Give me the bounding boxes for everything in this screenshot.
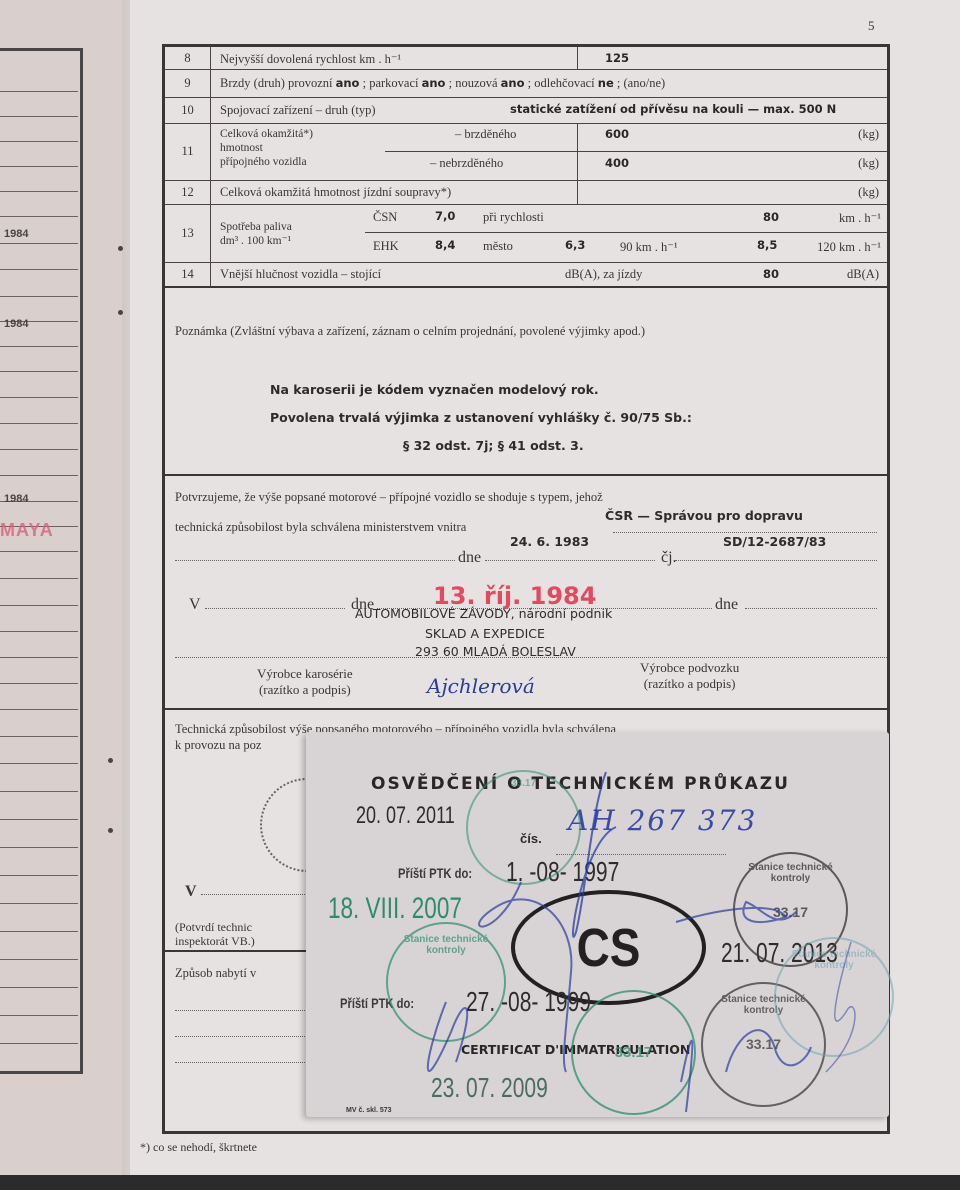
date-label: dne — [715, 596, 738, 614]
confirmation-text: technická způsobilost byla schválena min… — [175, 520, 466, 535]
chassis-maker-label: Výrobce podvozku — [640, 660, 739, 675]
manufacturer-stamp: AUTOMOBILOVÉ ZÁVODY, národní podnik — [355, 606, 612, 621]
previous-page-year: 1984 — [4, 493, 28, 505]
unit-label: (kg) — [858, 185, 879, 200]
signature: Ajchlerová — [427, 674, 535, 698]
note-section: Poznámka (Zvláštní výbava a zařízení, zá… — [165, 286, 887, 476]
brake-parking-value: ano — [422, 76, 446, 90]
date-label: dne — [458, 549, 481, 567]
row-label: Celková okamžitá hmotnost jízdní souprav… — [220, 185, 451, 200]
row-number: 12 — [165, 180, 211, 204]
approval-text: k provozu na poz — [175, 738, 261, 753]
row-brakes: 9 Brzdy (druh) provozní ano ; parkovací … — [165, 69, 887, 98]
note-line: Na karoserii je kódem vyznačen modelový … — [270, 382, 599, 397]
unit-label: dB(A) — [847, 267, 879, 282]
brake-legend: ; (ano/ne) — [617, 76, 665, 90]
v90-value: 6,3 — [565, 238, 585, 252]
row-fuel-consumption: 13 Spotřeba paliva dm³ . 100 km⁻¹ ČSN 7,… — [165, 204, 887, 263]
place-label: V — [185, 883, 197, 901]
note-line: § 32 odst. 7j; § 41 odst. 3. — [403, 438, 584, 453]
ehk-value: 8,4 — [435, 238, 455, 252]
speed-unit: km . h⁻¹ — [839, 210, 881, 226]
row-label: dm³ . 100 km⁻¹ — [220, 235, 291, 247]
unbraked-label: – nebrzděného — [430, 156, 503, 171]
note-line: Povolena trvalá výjimka z ustanovení vyh… — [270, 410, 692, 425]
unbraked-mass-value: 400 — [605, 156, 629, 170]
v90-unit: 90 km . h⁻¹ — [620, 239, 678, 255]
row-number: 9 — [165, 69, 211, 97]
brake-parking-label: ; parkovací — [363, 76, 419, 90]
previous-page-table — [0, 48, 83, 1074]
ref-label: čj. — [661, 549, 677, 567]
brake-retarder-value: ne — [598, 76, 614, 90]
unit-label: (kg) — [858, 156, 879, 171]
authority-value: ČSR — Správou pro dopravu — [605, 508, 803, 523]
page-number: 5 — [868, 18, 875, 34]
previous-page-year: 1984 — [4, 228, 28, 240]
csn-label: ČSN — [373, 210, 397, 225]
speed-label: při rychlosti — [483, 210, 544, 225]
note-label: Poznámka (Zvláštní výbava a zařízení, zá… — [175, 324, 645, 339]
row-number: 14 — [165, 262, 211, 286]
row-number: 8 — [165, 47, 211, 69]
ehk-label: EHK — [373, 239, 399, 254]
csn-value: 7,0 — [435, 209, 455, 223]
braked-label: – brzděného — [455, 127, 516, 142]
v120-value: 8,5 — [757, 238, 777, 252]
row-label: Vnější hlučnost vozidla – stojící — [220, 267, 381, 282]
braked-mass-value: 600 — [605, 127, 629, 141]
staple-icon — [118, 246, 123, 251]
signature-scribbles — [306, 732, 889, 1117]
row-label: hmotnost — [220, 142, 263, 154]
max-speed-value: 125 — [605, 51, 629, 65]
brake-service-value: ano — [336, 76, 360, 90]
staple-icon — [118, 310, 123, 315]
row-label: Nejvyšší dovolená rychlost km . h⁻¹ — [220, 51, 401, 67]
row-combination-mass: 12 Celková okamžitá hmotnost jízdní soup… — [165, 180, 887, 205]
footnote: *) co se nehodí, škrtnete — [140, 1140, 257, 1155]
noise-value: 80 — [763, 267, 779, 281]
previous-page: 1984 1984 1984 MAYA — [0, 0, 122, 1180]
body-maker-label: Výrobce karosérie — [257, 666, 353, 681]
body-maker-label: (razítko a podpis) — [259, 682, 351, 697]
acquisition-label: Způsob nabytí v — [175, 966, 256, 981]
row-coupling: 10 Spojovací zařízení – druh (typ) stati… — [165, 97, 887, 124]
technical-certificate-card: OSVĚDČENÍ O TECHNICKÉM PRŮKAZU 20. 07. 2… — [306, 732, 889, 1117]
previous-page-year: 1984 — [4, 318, 28, 330]
manufacturer-stamp: SKLAD A EXPEDICE — [425, 626, 545, 641]
speed-value: 80 — [763, 210, 779, 224]
brake-emergency-label: ; nouzová — [449, 76, 498, 90]
confirmation-section: Potvrzujeme, že výše popsané motorové – … — [165, 474, 887, 710]
coupling-value: statické zatížení od přívěsu na kouli — … — [510, 102, 836, 116]
unit-label: (kg) — [858, 127, 879, 142]
previous-page-red-stamp: MAYA — [0, 520, 54, 541]
row-number: 11 — [165, 123, 211, 180]
row-label: Spotřeba paliva — [220, 221, 292, 233]
background-surface — [0, 1175, 960, 1190]
brake-retarder-label: ; odlehčovací — [528, 76, 595, 90]
row-label: Celková okamžitá*) — [220, 128, 313, 140]
row-number: 10 — [165, 97, 211, 123]
confirmation-text: Potvrzujeme, že výše popsané motorové – … — [175, 490, 603, 505]
confirm-label: (Potvrdí technic — [175, 920, 252, 934]
v120-unit: 120 km . h⁻¹ — [817, 239, 881, 255]
row-label: přípojného vozidla — [220, 156, 307, 168]
row-trailer-mass: 11 Celková okamžitá*) hmotnost přípojnéh… — [165, 123, 887, 181]
confirm-label: inspektorát VB.) — [175, 934, 255, 948]
noise-driving-label: dB(A), za jízdy — [565, 267, 642, 282]
row-label: Spojovací zařízení – druh (typ) — [220, 103, 376, 118]
staple-icon — [108, 758, 113, 763]
chassis-maker-label: (razítko a podpis) — [644, 676, 736, 691]
brake-emergency-value: ano — [501, 76, 525, 90]
city-label: město — [483, 239, 513, 254]
approval-date: 24. 6. 1983 — [510, 534, 589, 549]
reference-number: SD/12-2687/83 — [723, 534, 826, 549]
staple-icon — [108, 828, 113, 833]
place-label: V — [189, 596, 201, 614]
brake-service-label: Brzdy (druh) provozní — [220, 76, 332, 90]
row-noise: 14 Vnější hlučnost vozidla – stojící dB(… — [165, 262, 887, 288]
row-number: 13 — [165, 204, 211, 262]
row-max-speed: 8 Nejvyšší dovolená rychlost km . h⁻¹ 12… — [165, 47, 887, 70]
